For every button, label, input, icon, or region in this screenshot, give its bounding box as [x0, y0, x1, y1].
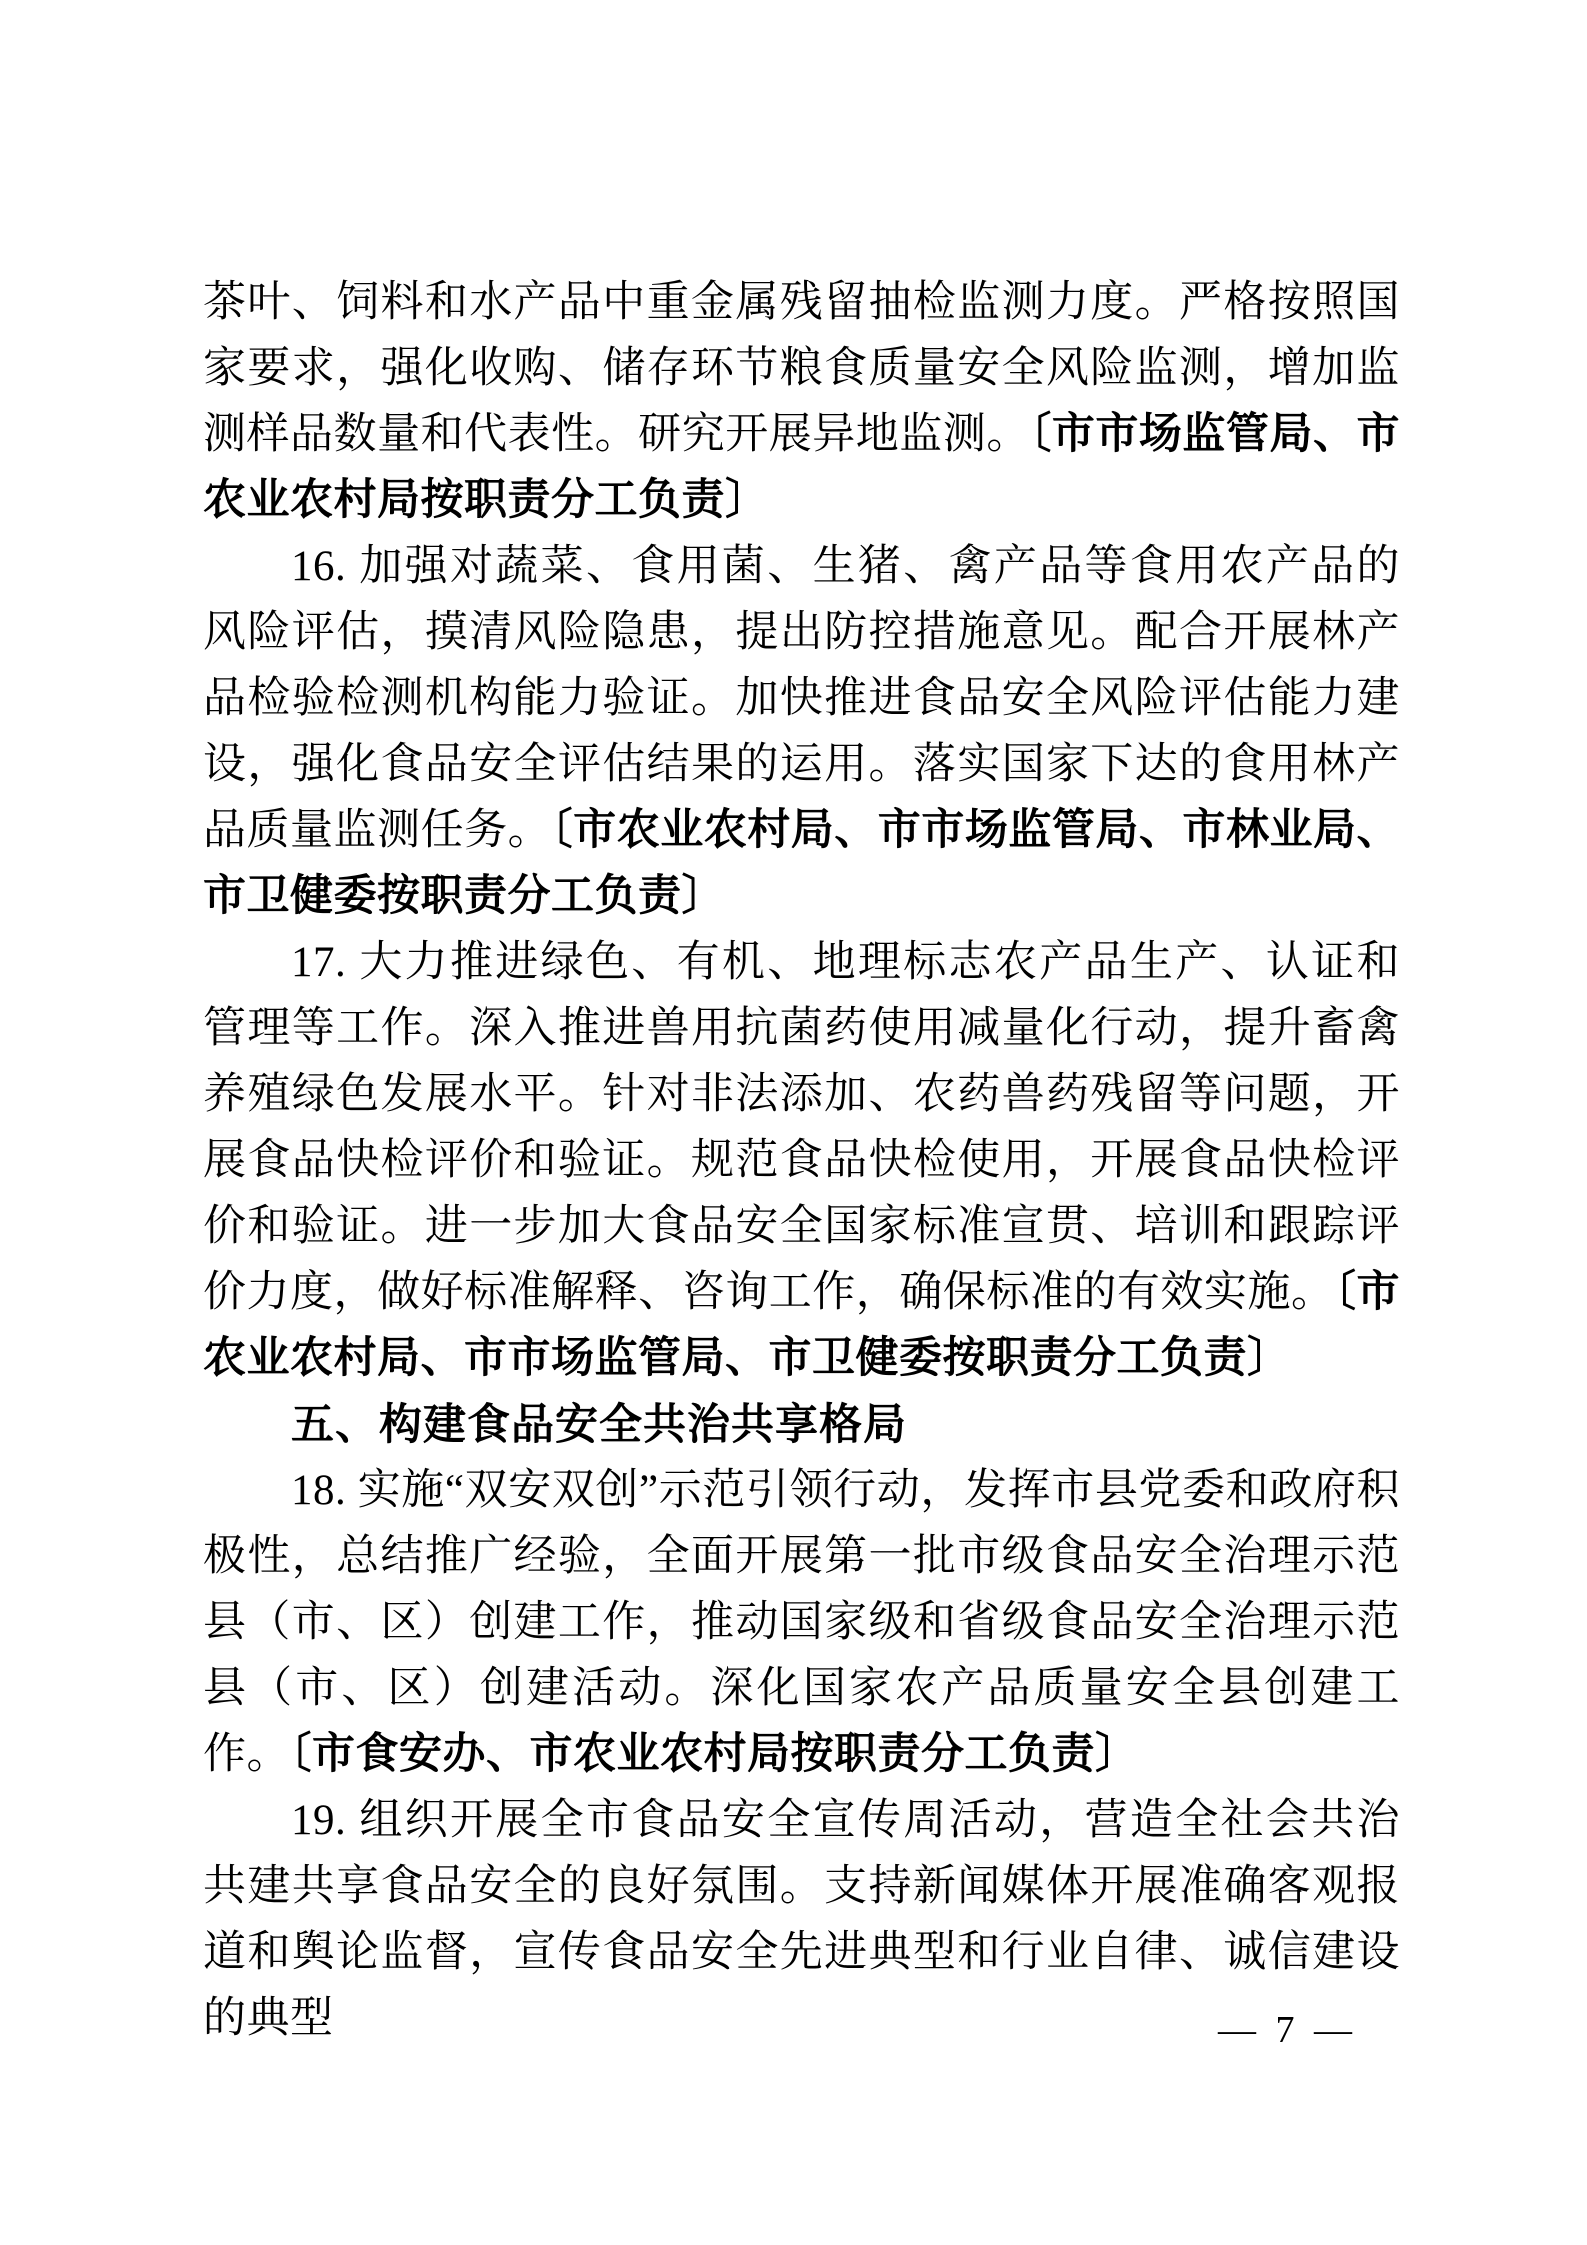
- paragraph-18: 18. 实施“双安双创”示范引领行动，发挥市县党委和政府积极性，总结推广经验，全…: [203, 1458, 1400, 1788]
- responsibility-attribution: 〔市食安办、市农业农村局按职责分工负责〕: [290, 1731, 1139, 1778]
- page-number: — 7 —: [1200, 2002, 1370, 2058]
- paragraph-17: 17. 大力推进绿色、有机、地理标志农产品生产、认证和管理等工作。深入推进兽用抗…: [203, 930, 1400, 1392]
- paragraph-16: 16. 加强对蔬菜、食用菌、生猪、禽产品等食用农产品的风险评估，摸清风险隐患，提…: [203, 534, 1400, 930]
- paragraph-continuation: 茶叶、饲料和水产品中重金属残留抽检监测力度。严格按照国家要求，强化收购、储存环节…: [203, 270, 1400, 534]
- document-page: 茶叶、饲料和水产品中重金属残留抽检监测力度。严格按照国家要求，强化收购、储存环节…: [0, 0, 1587, 2245]
- document-body: 茶叶、饲料和水产品中重金属残留抽检监测力度。严格按照国家要求，强化收购、储存环节…: [203, 270, 1400, 2052]
- section-heading: 五、构建食品安全共治共享格局: [203, 1392, 1400, 1458]
- paragraph-text: 17. 大力推进绿色、有机、地理标志农产品生产、认证和管理等工作。深入推进兽用抗…: [203, 939, 1400, 1316]
